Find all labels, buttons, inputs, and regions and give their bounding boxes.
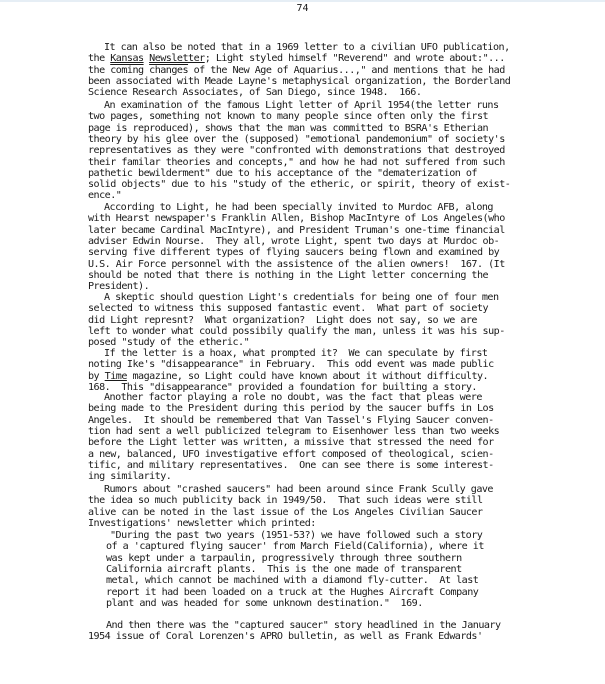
text-line: According to Light, he had been speciall… <box>104 202 493 213</box>
text-line: Another factor playing a role no doubt, … <box>104 392 482 403</box>
text-line: report it had been loaded on a truck at … <box>106 587 478 598</box>
text-line: Angeles. It should be remembered that Va… <box>88 415 494 426</box>
text-line: theory by his glee over the (supposed) "… <box>88 134 505 145</box>
text-line: adviser Edwin Nourse. They all, wrote Li… <box>88 236 499 247</box>
text-line: the idea so much publicity back in 1949/… <box>88 495 483 506</box>
text-line: noting Ike's "disappearance" in February… <box>88 359 494 370</box>
text-line: was kept under a tarpaulin, progressivel… <box>106 553 462 564</box>
text-line: the coming changes of the New Age of Aqu… <box>88 65 505 76</box>
text-line: their familar theories and concepts," an… <box>88 157 505 168</box>
text-line: 1954 issue of Coral Lorenzen's APRO bull… <box>88 631 483 642</box>
text-line: posed "study of the etheric." <box>88 337 249 348</box>
text-line: ence." <box>88 190 121 201</box>
text-line: tific, and military representatives. One… <box>88 460 494 471</box>
text-line: If the letter is a hoax, what prompted i… <box>104 348 487 359</box>
text-line: U.S. Air Force personnel with the assist… <box>88 259 505 270</box>
text-line: selected to witness this supposed fantas… <box>88 303 488 314</box>
text-line: solid objects" due to his "study of the … <box>88 179 510 190</box>
text-line: of a 'captured flying saucer' from March… <box>106 541 484 552</box>
page-number: 74 <box>0 3 605 14</box>
text-line: Rumors about "crashed saucers" had been … <box>104 484 493 495</box>
top-border <box>0 0 605 2</box>
text-line: It can also be noted that in a 1969 lett… <box>104 42 510 53</box>
text-line: metal, which cannot be machined with a d… <box>106 575 478 586</box>
text-line: by Time magazine, so Light could have kn… <box>88 371 488 382</box>
text-line: the Kansas Newsletter; Light styled hims… <box>88 53 505 64</box>
text-line: representatives as they were "confronted… <box>88 145 505 156</box>
text-line: two pages, something not known to many p… <box>88 111 488 122</box>
text-line: And then there was the "captured saucer"… <box>106 620 501 631</box>
text-line: left to wonder what could possibily qual… <box>88 326 505 337</box>
text-line: being made to the President during this … <box>88 403 494 414</box>
text-line: serving five different types of flying s… <box>88 247 499 258</box>
text-line: A skeptic should question Light's creden… <box>104 292 499 303</box>
text-line: before the Light letter was written, a m… <box>88 437 494 448</box>
text-line: with Hearst newspaper's Franklin Allen, … <box>88 213 505 224</box>
text-line: a new, balanced, UFO investigative effor… <box>88 449 494 460</box>
text-line: did Light represnt? What organization? L… <box>88 315 477 326</box>
text-line: tion had sent a well publicized telegram… <box>88 426 499 437</box>
text-line: California aircraft plants. This is the … <box>106 564 462 575</box>
text-line: An examination of the famous Light lette… <box>104 100 499 111</box>
text-line: President). <box>88 281 149 292</box>
text-line: "During the past two years (1951-53?) we… <box>110 530 482 541</box>
text-line: plant and was headed for some unknown de… <box>106 598 423 609</box>
text-line: Investigations' newsletter which printed… <box>88 518 316 529</box>
text-line: should be noted that there is nothing in… <box>88 270 488 281</box>
text-line: Science Research Associates, of San Dieg… <box>88 87 421 98</box>
text-line: pathetic bewilderment" due to his accept… <box>88 168 477 179</box>
text-line: page is reproduced), shows that the man … <box>88 123 488 134</box>
text-line: later became Cardinal MacIntyre), and Pr… <box>88 225 505 236</box>
text-line: alive can be noted in the last issue of … <box>88 507 483 518</box>
text-line: ing similarity. <box>88 471 171 482</box>
text-line: been associated with Meade Layne's metap… <box>88 76 510 87</box>
